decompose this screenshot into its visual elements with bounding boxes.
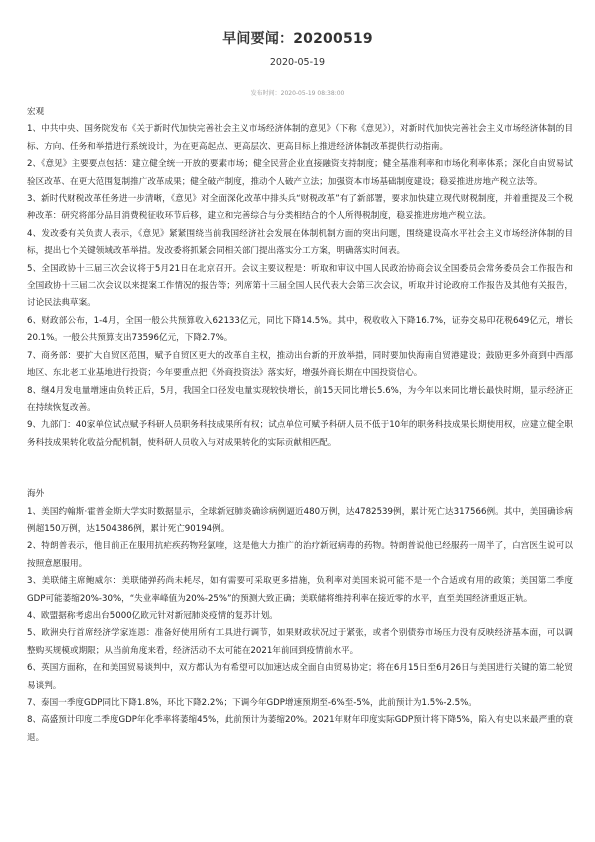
- news-item: 6、财政部公布，1-4月，全国一般公共预算收入62133亿元，同比下降14.5%…: [27, 313, 573, 348]
- section-spacer: [27, 452, 573, 486]
- news-item: 8、高盛预计印度二季度GDP年化季率将萎缩45%，此前预计为萎缩20%。2021…: [27, 712, 573, 747]
- news-item: 3、美联储主席鲍威尔：美联储弹药尚未耗尽，如有需要可采取更多措施，负利率对美国来…: [27, 573, 573, 608]
- news-item: 3、新时代财税改革任务进一步清晰，《意见》对全面深化改革中排头兵“财税改革”有了…: [27, 191, 573, 226]
- news-item: 2、《意见》主要要点包括：建立健全统一开放的要素市场；健全民营企业直接融资支持制…: [27, 156, 573, 191]
- news-item: 7、商务部：要扩大自贸区范围，赋予自贸区更大的改革自主权，推动出台新的开放举措，…: [27, 348, 573, 383]
- section-macro: 宏观 1、中共中央、国务院发布《关于新时代加快完善社会主义市场经济体制的意见》（…: [27, 104, 573, 452]
- section-overseas: 海外 1、美国约翰斯·霍普金斯大学实时数据显示，全球新冠肺炎确诊病例逼近480万…: [27, 486, 573, 747]
- news-item: 8、继4月发电量增速由负转正后，5月，我国全口径发电量实现较快增长，前15天同比…: [27, 383, 573, 418]
- news-item: 5、全国政协十三届三次会议将于5月21日在北京召开。会议主要议程是：听取和审议中…: [27, 261, 573, 313]
- news-item: 1、美国约翰斯·霍普金斯大学实时数据显示，全球新冠肺炎确诊病例逼近480万例，达…: [27, 504, 573, 539]
- news-item: 4、发改委有关负责人表示，《意见》紧紧围绕当前我国经济社会发展在体制机制方面的突…: [27, 226, 573, 261]
- article-body: 宏观 1、中共中央、国务院发布《关于新时代加快完善社会主义市场经济体制的意见》（…: [27, 104, 573, 747]
- page-title: 早间要闻：20200519: [0, 28, 595, 48]
- section-heading: 海外: [27, 486, 573, 503]
- news-item: 4、欧盟据称考虑出台5000亿欧元针对新冠肺炎疫情的复苏计划。: [27, 608, 573, 625]
- article-date: 2020-05-19: [0, 57, 595, 68]
- news-item: 7、泰国一季度GDP同比下降1.8%，环比下降2.2%；下调今年GDP增速预期至…: [27, 695, 573, 712]
- news-item: 9、九部门：40家单位试点赋予科研人员职务科技成果所有权；试点单位可赋予科研人员…: [27, 417, 573, 452]
- section-heading: 宏观: [27, 104, 573, 121]
- news-item: 1、中共中央、国务院发布《关于新时代加快完善社会主义市场经济体制的意见》（下称《…: [27, 121, 573, 156]
- publish-time: 发布时间：2020-05-19 08:38:00: [0, 88, 595, 97]
- news-item: 2、特朗普表示，他目前正在服用抗疟疾药物羟氯喹，这是他大力推广的治疗新冠病毒的药…: [27, 538, 573, 573]
- news-item: 6、英国方面称，在和美国贸易谈判中，双方都认为有希望可以加速达成全面自由贸易协定…: [27, 660, 573, 695]
- news-item: 5、欧洲央行首席经济学家连恩：准备好使用所有工具进行调节，如果财政状况过于紧张，…: [27, 625, 573, 660]
